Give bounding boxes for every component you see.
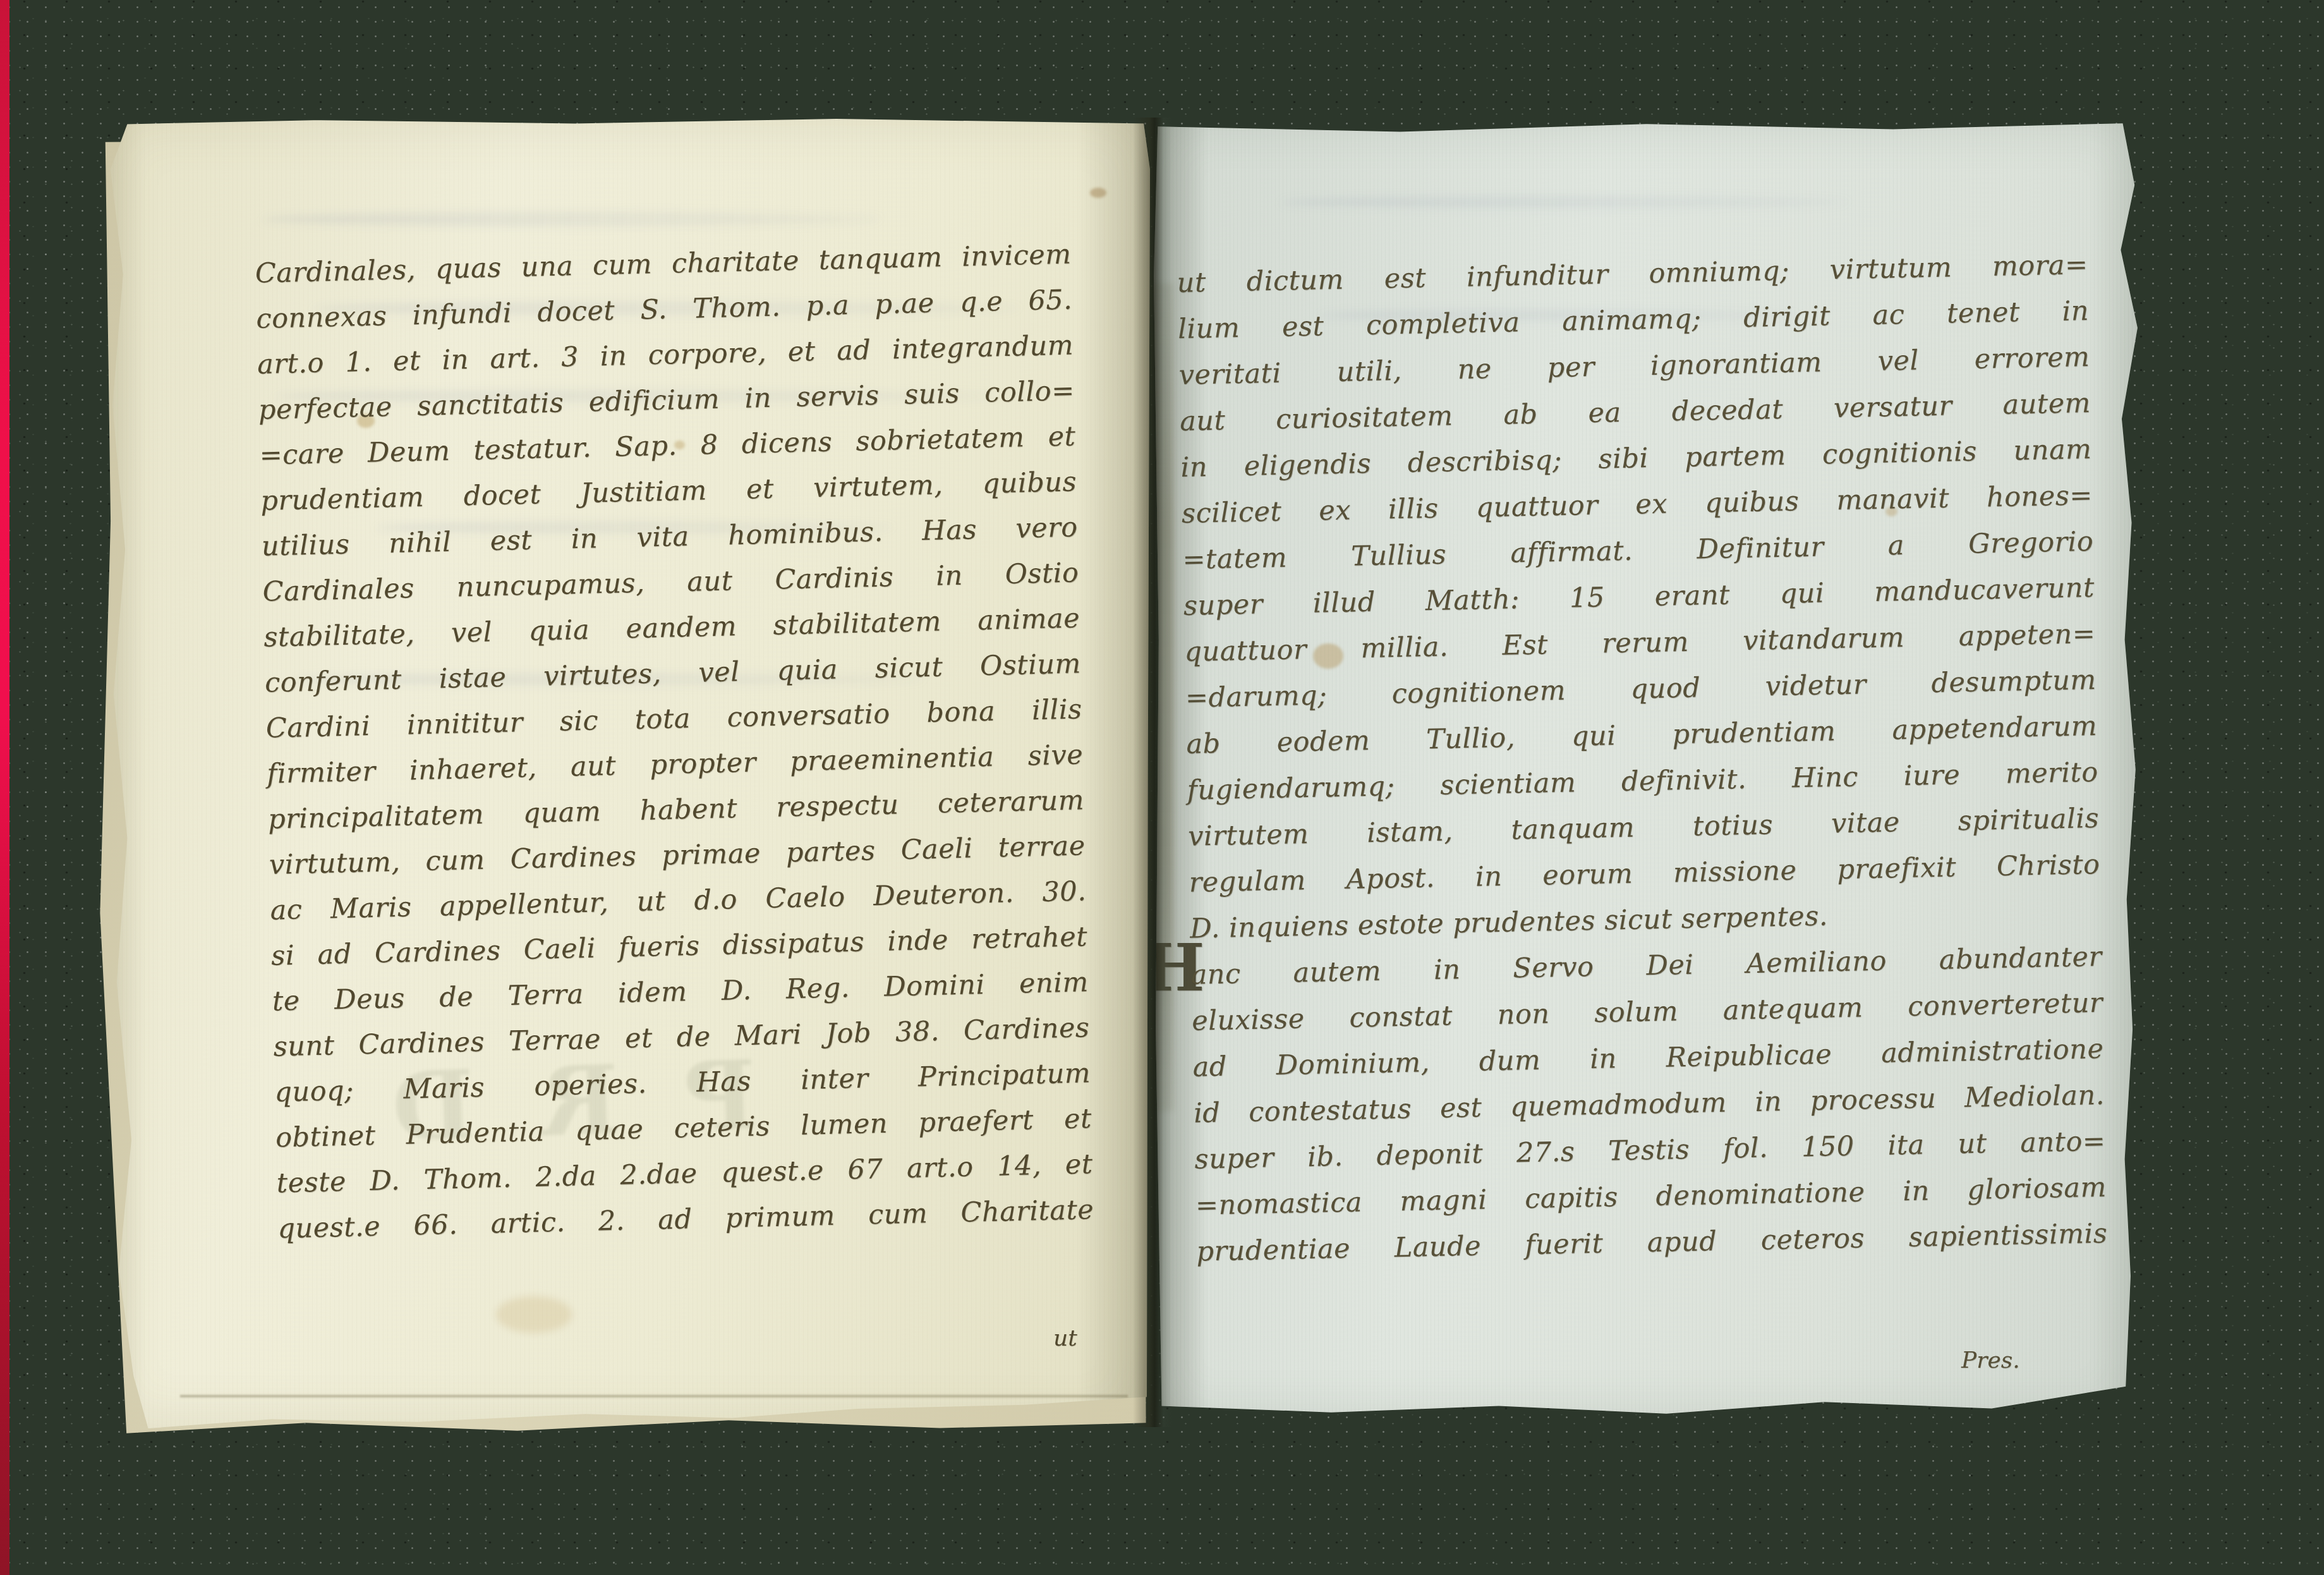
left-page-text: Cardinales, quas una cum charitate tanqu…: [255, 232, 1094, 1252]
right-page: H ut dictum est infunditur omniumq; virt…: [1154, 120, 2139, 1419]
page-crease: [180, 1395, 1128, 1397]
bleedthrough-streak: [1279, 196, 1850, 209]
catchword-right: Pres.: [1961, 1347, 2020, 1373]
catchword-left: ut: [1053, 1325, 1077, 1351]
bleedthrough-streak: [261, 212, 883, 227]
red-edge-stripe: [0, 0, 9, 1575]
left-page: P R D Cardinales, quas una cum charitate…: [104, 117, 1150, 1428]
fox-spot: [496, 1296, 572, 1333]
fox-spot: [1090, 188, 1106, 198]
manuscript-photo: P R D Cardinales, quas una cum charitate…: [0, 0, 2324, 1575]
right-page-text: ut dictum est infunditur omniumq; virtut…: [1177, 242, 2108, 1275]
